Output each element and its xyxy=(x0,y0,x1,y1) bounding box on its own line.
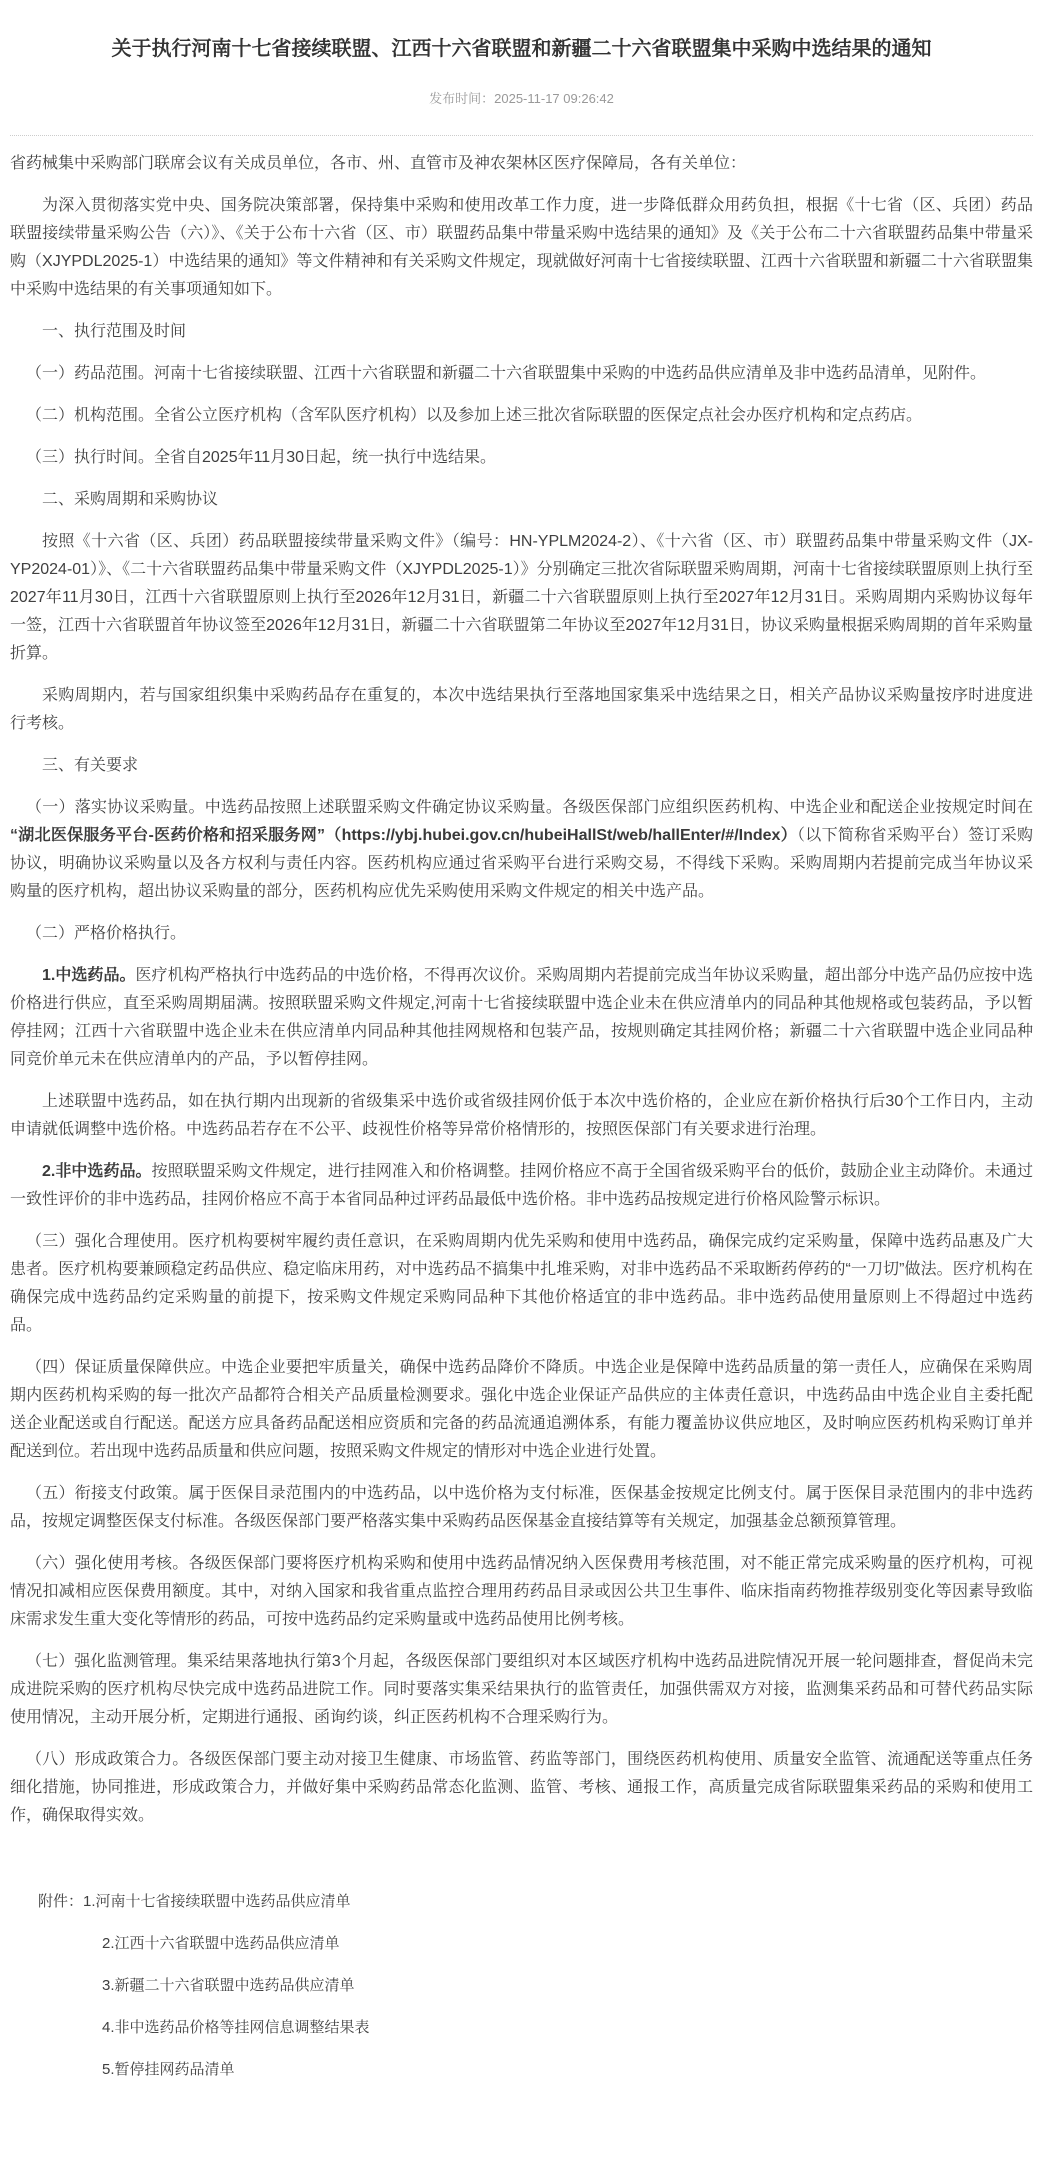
text-run: （三）强化合理使用。医疗机构要树牢履约责任意识，在采购周期内优先采购和使用中选药… xyxy=(10,1233,1033,1334)
text-run: 为深入贯彻落实党中央、国务院决策部署，保持集中采购和使用改革工作力度，进一步降低… xyxy=(10,197,1033,298)
text-run: 三、有关要求 xyxy=(42,757,138,774)
item-3-6: （六）强化使用考核。各级医保部门要将医疗机构采购和使用中选药品情况纳入医保费用考… xyxy=(10,1550,1033,1634)
bold-text-run: 2.非中选药品。 xyxy=(42,1163,152,1180)
text-run: （五）衔接支付政策。属于医保目录范围内的中选药品，以中选价格为支付标准，医保基金… xyxy=(10,1485,1033,1530)
text-run: （六）强化使用考核。各级医保部门要将医疗机构采购和使用中选药品情况纳入医保费用考… xyxy=(10,1555,1033,1628)
text-run: （二）机构范围。全省公立医疗机构（含军队医疗机构）以及参加上述三批次省际联盟的医… xyxy=(26,407,922,424)
attachment-link[interactable]: 5.暂停挂网药品清单 xyxy=(102,2061,235,2078)
salutation: 省药械集中采购部门联席会议有关成员单位，各市、州、直管市及神农架林区医疗保障局，… xyxy=(10,150,1033,178)
item-1-1: （一）药品范围。河南十七省接续联盟、江西十六省联盟和新疆二十六省联盟集中采购的中… xyxy=(10,360,1033,388)
text-run: 采购周期内，若与国家组织集中采购药品存在重复的，本次中选结果执行至落地国家集采中… xyxy=(10,687,1033,732)
text-run: 按照《十六省（区、兵团）药品联盟接续带量采购文件》（编号：HN-YPLM2024… xyxy=(10,533,1033,662)
item-1-3: （三）执行时间。全省自2025年11月30日起，统一执行中选结果。 xyxy=(10,444,1033,472)
item-3-5: （五）衔接支付政策。属于医保目录范围内的中选药品，以中选价格为支付标准，医保基金… xyxy=(10,1480,1033,1536)
text-run: （四）保证质量保障供应。中选企业要把牢质量关，确保中选药品降价不降质。中选企业是… xyxy=(10,1359,1033,1460)
price-adjust-paragraph: 上述联盟中选药品，如在执行期内出现新的省级集采中选价或省级挂网价低于本次中选价格… xyxy=(10,1088,1033,1144)
attachment-row: 2.江西十六省联盟中选药品供应清单 xyxy=(10,1930,1033,1958)
attachment-row: 附件：1.河南十七省接续联盟中选药品供应清单 xyxy=(10,1888,1033,1916)
section-heading-1: 一、执行范围及时间 xyxy=(10,318,1033,346)
sub-item-selected-drugs: 1.中选药品。医疗机构严格执行中选药品的中选价格，不得再次议价。采购周期内若提前… xyxy=(10,962,1033,1074)
item-3-2: （二）严格价格执行。 xyxy=(10,920,1033,948)
item-3-7: （七）强化监测管理。集采结果落地执行第3个月起，各级医保部门要组织对本区域医疗机… xyxy=(10,1648,1033,1732)
section-heading-2: 二、采购周期和采购协议 xyxy=(10,486,1033,514)
item-3-8: （八）形成政策合力。各级医保部门要主动对接卫生健康、市场监管、药监等部门，围绕医… xyxy=(10,1746,1033,1830)
attachment-link[interactable]: 2.江西十六省联盟中选药品供应清单 xyxy=(102,1935,340,1952)
sub-item-nonselected-drugs: 2.非中选药品。按照联盟采购文件规定，进行挂网准入和价格调整。挂网价格应不高于全… xyxy=(10,1158,1033,1214)
text-run: 一、执行范围及时间 xyxy=(42,323,186,340)
dotted-divider xyxy=(10,135,1033,136)
bold-text-run: “湖北医保服务平台-医药价格和招采服务网”（https://ybj.hubei.… xyxy=(10,827,797,844)
text-run: 按照联盟采购文件规定，进行挂网准入和价格调整。挂网价格应不高于全国省级采购平台的… xyxy=(10,1163,1033,1208)
text-run: 二、采购周期和采购协议 xyxy=(42,491,218,508)
attachment-link[interactable]: 3.新疆二十六省联盟中选药品供应清单 xyxy=(102,1977,355,1994)
attachment-row: 3.新疆二十六省联盟中选药品供应清单 xyxy=(10,1972,1033,2000)
text-run: （一）药品范围。河南十七省接续联盟、江西十六省联盟和新疆二十六省联盟集中采购的中… xyxy=(26,365,986,382)
item-3-3: （三）强化合理使用。医疗机构要树牢履约责任意识，在采购周期内优先采购和使用中选药… xyxy=(10,1228,1033,1340)
bold-text-run: 1.中选药品。 xyxy=(42,967,136,984)
notice-page: 关于执行河南十七省接续联盟、江西十六省联盟和新疆二十六省联盟集中采购中选结果的通… xyxy=(0,0,1043,2158)
publish-time-value: 2025-11-17 09:26:42 xyxy=(494,91,614,106)
article-body: 省药械集中采购部门联席会议有关成员单位，各市、州、直管市及神农架林区医疗保障局，… xyxy=(10,150,1033,1830)
attachment-row: 4.非中选药品价格等挂网信息调整结果表 xyxy=(10,2014,1033,2042)
period-paragraph: 按照《十六省（区、兵团）药品联盟接续带量采购文件》（编号：HN-YPLM2024… xyxy=(10,528,1033,668)
section-heading-3: 三、有关要求 xyxy=(10,752,1033,780)
attachment-row: 5.暂停挂网药品清单 xyxy=(10,2056,1033,2084)
text-run: （七）强化监测管理。集采结果落地执行第3个月起，各级医保部门要组织对本区域医疗机… xyxy=(10,1653,1033,1726)
text-run: （三）执行时间。全省自2025年11月30日起，统一执行中选结果。 xyxy=(26,449,496,466)
text-run: （八）形成政策合力。各级医保部门要主动对接卫生健康、市场监管、药监等部门，围绕医… xyxy=(10,1751,1033,1824)
attachments-label: 附件： xyxy=(38,1893,83,1910)
text-run: （二）严格价格执行。 xyxy=(26,925,186,942)
attachment-link[interactable]: 4.非中选药品价格等挂网信息调整结果表 xyxy=(102,2019,370,2036)
item-3-1: （一）落实协议采购量。中选药品按照上述联盟采购文件确定协议采购量。各级医保部门应… xyxy=(10,794,1033,906)
publish-time-label: 发布时间： xyxy=(429,91,494,106)
text-run: 上述联盟中选药品，如在执行期内出现新的省级集采中选价或省级挂网价低于本次中选价格… xyxy=(10,1093,1033,1138)
overlap-paragraph: 采购周期内，若与国家组织集中采购药品存在重复的，本次中选结果执行至落地国家集采中… xyxy=(10,682,1033,738)
text-run: 省药械集中采购部门联席会议有关成员单位，各市、州、直管市及神农架林区医疗保障局，… xyxy=(10,155,746,172)
text-run: （一）落实协议采购量。中选药品按照上述联盟采购文件确定协议采购量。各级医保部门应… xyxy=(26,799,1033,816)
intro-paragraph: 为深入贯彻落实党中央、国务院决策部署，保持集中采购和使用改革工作力度，进一步降低… xyxy=(10,192,1033,304)
item-1-2: （二）机构范围。全省公立医疗机构（含军队医疗机构）以及参加上述三批次省际联盟的医… xyxy=(10,402,1033,430)
notice-title: 关于执行河南十七省接续联盟、江西十六省联盟和新疆二十六省联盟集中采购中选结果的通… xyxy=(46,34,997,64)
text-run: 医疗机构严格执行中选药品的中选价格，不得再次议价。采购周期内若提前完成当年协议采… xyxy=(10,967,1033,1068)
attachment-link[interactable]: 1.河南十七省接续联盟中选药品供应清单 xyxy=(83,1893,351,1910)
publish-time-line: 发布时间：2025-11-17 09:26:42 xyxy=(10,90,1033,108)
attachments-block: 附件：1.河南十七省接续联盟中选药品供应清单2.江西十六省联盟中选药品供应清单3… xyxy=(10,1888,1033,2084)
item-3-4: （四）保证质量保障供应。中选企业要把牢质量关，确保中选药品降价不降质。中选企业是… xyxy=(10,1354,1033,1466)
